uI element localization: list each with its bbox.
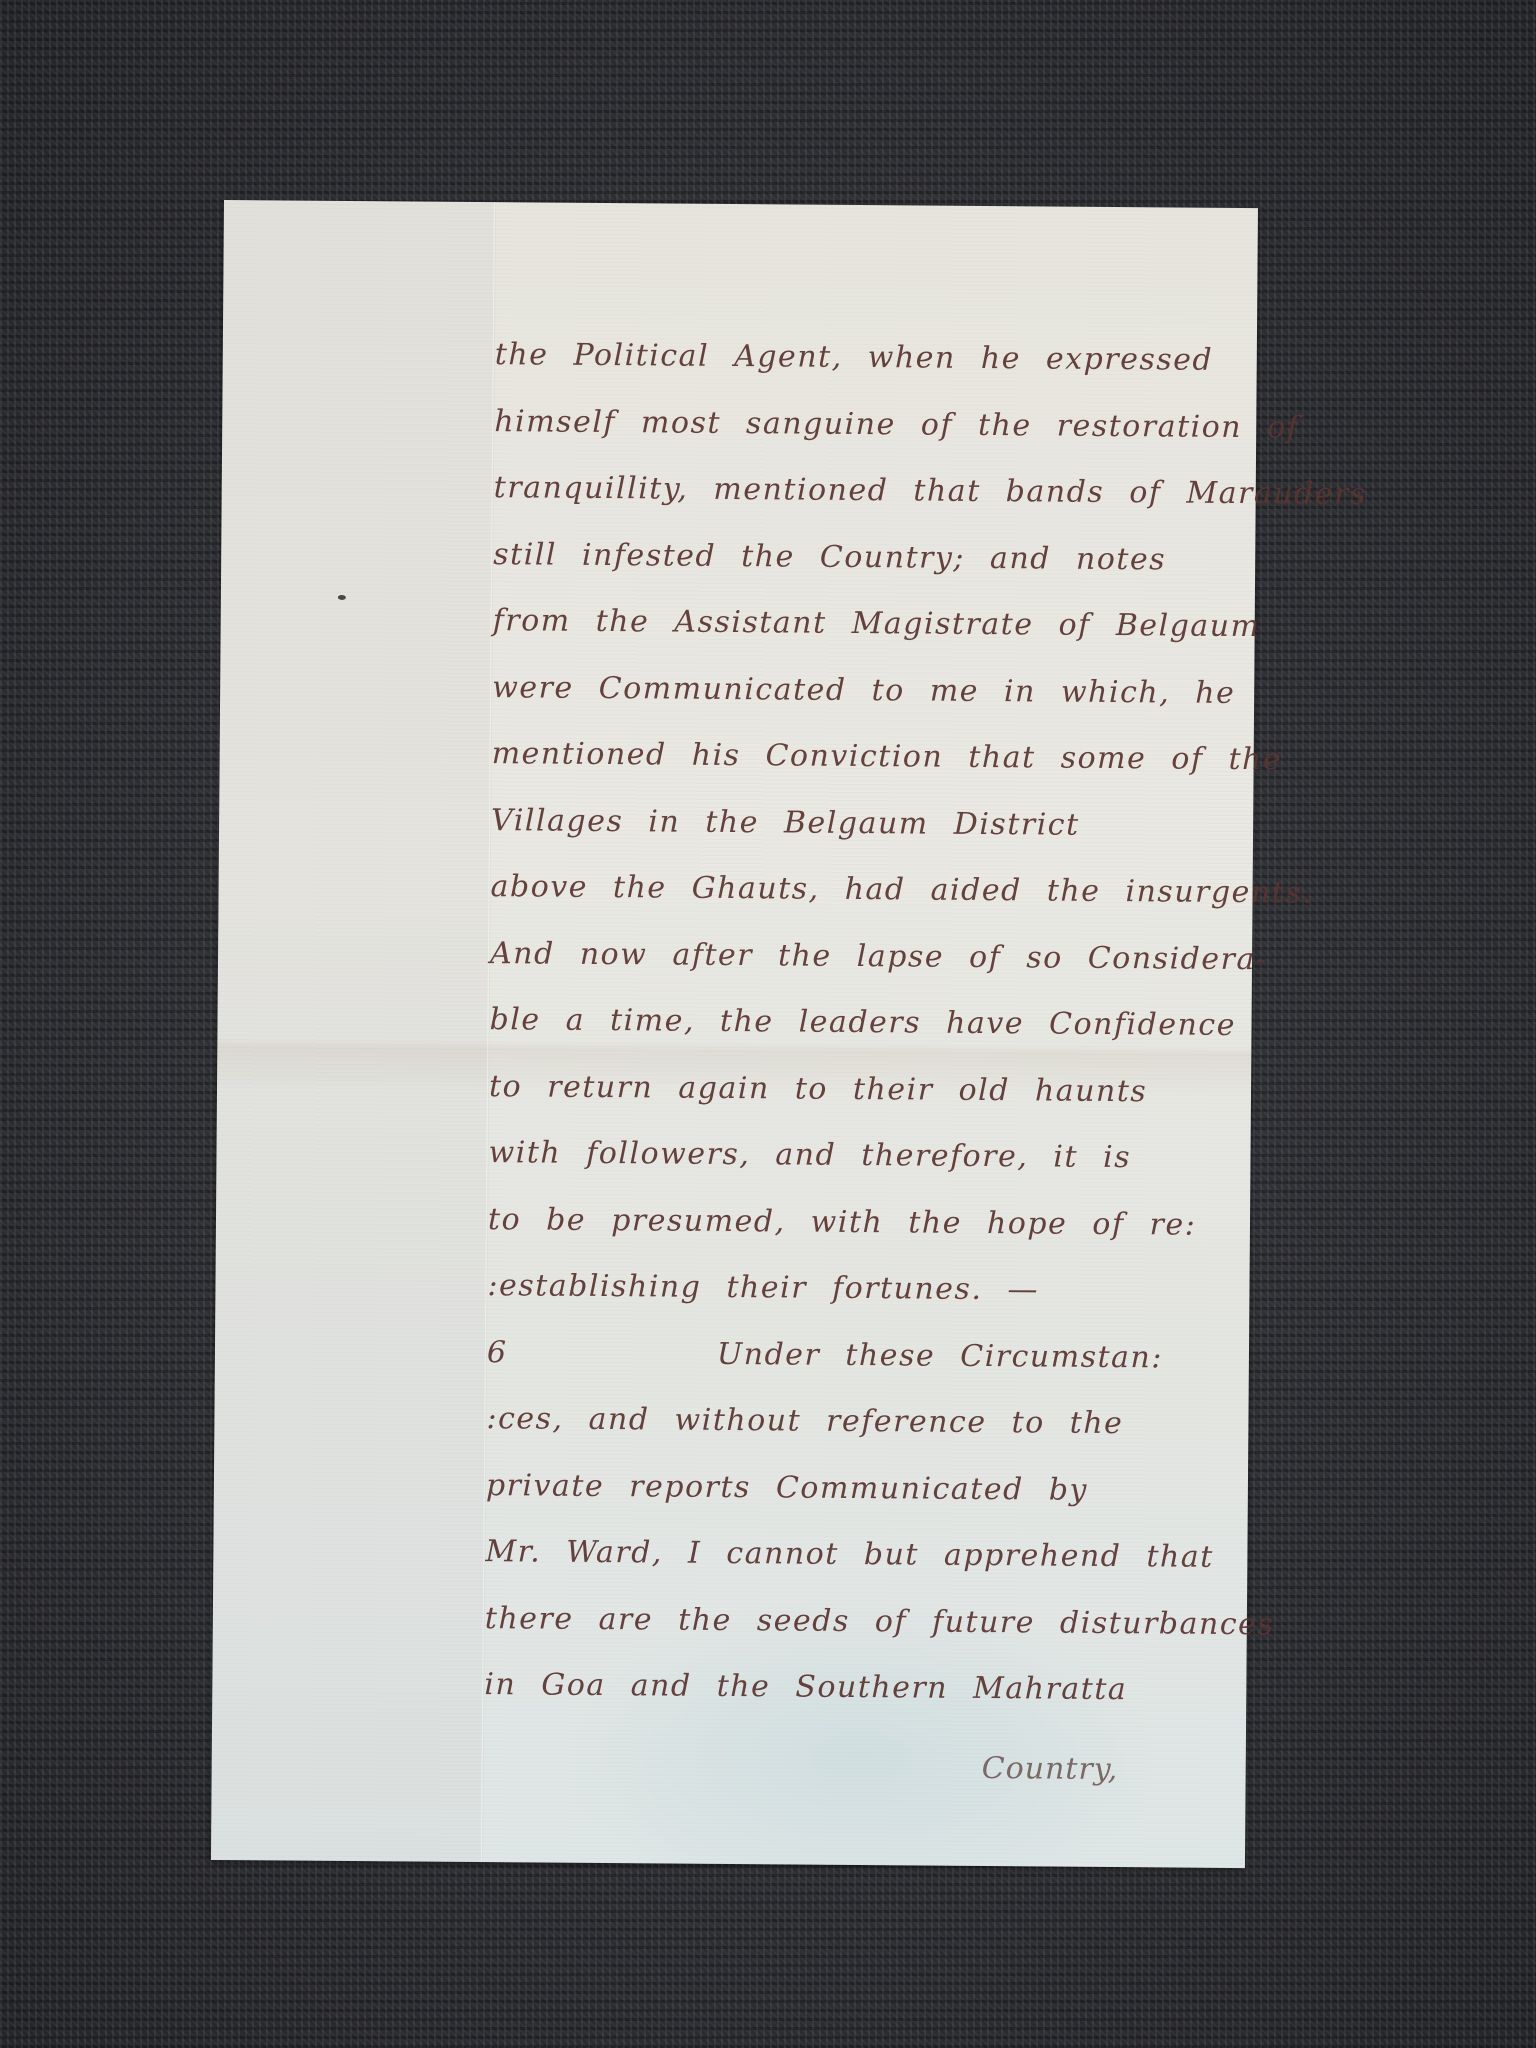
text-line-2: himself most sanguine of the restoration… — [494, 389, 1254, 461]
text-line-21: in Goa and the Southern Mahratta — [484, 1652, 1244, 1724]
text-line-12: to return again to their old haunts — [489, 1054, 1249, 1126]
text-line-10: And now after the lapse of so Considera- — [490, 921, 1250, 993]
text-line-15: :establishing their fortunes. — — [487, 1253, 1247, 1325]
handwritten-text: the Political Agent, when he expressed h… — [484, 322, 1255, 1724]
paragraph-opening: Under these Circumstan: — [717, 1336, 1163, 1375]
text-line-5: from the Assistant Magistrate of Belgaum — [492, 588, 1252, 660]
text-line-11: ble a time, the leaders have Confidence — [489, 987, 1249, 1059]
paragraph-6-start: 6Under these Circumstan: — [487, 1320, 1247, 1392]
left-margin — [211, 200, 494, 1862]
paragraph-number: 6 — [487, 1320, 718, 1388]
text-line-4: still infested the Country; and notes — [493, 522, 1253, 594]
text-line-6: were Communicated to me in which, he — [492, 655, 1252, 727]
text-line-18: private reports Communicated by — [486, 1453, 1246, 1525]
catchword: Country, — [982, 1751, 1119, 1787]
text-line-3: tranquillity, mentioned that bands of Ma… — [493, 455, 1253, 527]
text-line-8: Villages in the Belgaum District — [491, 788, 1251, 860]
text-line-19: Mr. Ward, I cannot but apprehend that — [485, 1519, 1245, 1591]
text-line-13: with followers, and therefore, it is — [488, 1120, 1248, 1192]
text-line-7: mentioned his Conviction that some of th… — [491, 721, 1251, 793]
pin-hole — [338, 595, 346, 600]
text-line-9: above the Ghauts, had aided the insurgen… — [490, 854, 1250, 926]
text-line-17: :ces, and without reference to the — [486, 1386, 1246, 1458]
manuscript-page: the Political Agent, when he expressed h… — [211, 200, 1258, 1868]
text-line-1: the Political Agent, when he expressed — [495, 322, 1255, 394]
text-line-20: there are the seeds of future disturbanc… — [485, 1586, 1245, 1658]
text-line-14: to be presumed, with the hope of re: — [488, 1187, 1248, 1259]
